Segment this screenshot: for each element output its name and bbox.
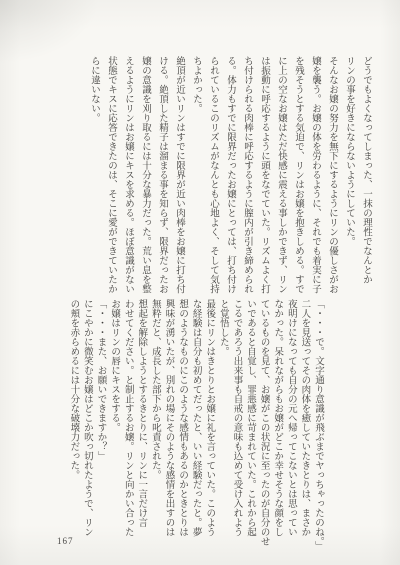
text-line: に上の空なお嬢はただ快感に震える事しかできず、リン: [272, 56, 289, 296]
text-line: は振動に呼応するように頭をなでていた。リズムよく打: [255, 56, 272, 296]
text-line: る。体力もすでに限界だったお嬢にとっては、打ち付け: [221, 56, 238, 296]
text-line: 夜明けになっても自分の元へ帰ってこないとは思ってい: [283, 299, 297, 541]
upper-text-block: どうでもよくなってしまった、一抹の理性でなんとかリンの事を好きにならないようにし…: [85, 56, 374, 296]
text-line: わせてください。と制止するお嬢。リンと向かい合った: [120, 299, 134, 541]
text-line: らに違いない。: [85, 56, 102, 296]
book-page: どうでもよくなってしまった、一抹の理性でなんとかリンの事を好きにならないようにし…: [0, 0, 400, 565]
text-line: の頬を赤らめるには十分な破壊力だった。: [66, 299, 80, 541]
text-line: 無粋だと、成長した部下から叱責された。: [147, 299, 161, 541]
text-line: と覚悟した。: [215, 299, 229, 541]
text-line: 嬢の意識を刈り取るには十分な暴力だった。荒い息を整: [136, 56, 153, 296]
text-line: こるであろう出来事も自戒の意味も込めて受け入れよう: [229, 299, 243, 541]
lower-text-block: 「・・・で。文字通り意識が飛ぶまでヤっちゃったのね。」二人を見送ってその肉体を癒…: [66, 299, 324, 541]
text-line: リンの事を好きにならないようにしていた。: [340, 56, 357, 296]
text-line: ているものを見て、お嬢がこの状況に至ったのが自分のせ: [256, 299, 270, 541]
text-line: 想のようなものにこのような感情もあるのかときとりは: [174, 299, 188, 541]
text-line: えるようにリンはお嬢にキスを求める。ほぼ意識がない: [119, 56, 136, 296]
text-line: 状態でキスに応答できたのは、そこに愛ができていたか: [102, 56, 119, 296]
text-line: 興味が湧いたが、別れの場にそのような感情を出すのは: [161, 299, 175, 541]
text-line: な経験は自分も初めてだったと、いい経験だったと。夢: [188, 299, 202, 541]
page-number: 167: [57, 536, 74, 546]
text-line: 二人を見送ってその肉体を癒していたきとりは、まさか: [297, 299, 311, 541]
text-line: お嬢はリンの唇にキスをする。: [107, 299, 121, 541]
text-line: 嬢を襲う。お嬢の体を労わるように、それでも着実に子: [306, 56, 323, 296]
text-line: にこやかに微笑むお嬢はどこか吹っ切れたようで、リン: [79, 299, 93, 541]
text-line: どうでもよくなってしまった、一抹の理性でなんとか: [357, 56, 374, 296]
text-line: を残そうとする気迫で、リンはお嬢を抱きしめる。すで: [289, 56, 306, 296]
text-line: なかった。呆れながらもお嬢がどこか幸せそうな顔をし: [270, 299, 284, 541]
text-line: そんなお嬢の努力を無下にするようにリンの優しさがお: [323, 56, 340, 296]
text-line: 想起を解除しようとするきとりに、リンに一言だけ言: [134, 299, 148, 541]
text-line: 「・・・また、お願いできますか？」: [93, 299, 107, 541]
text-line: 最後にリンはきとりとお嬢に礼を言っていた。このよう: [202, 299, 216, 541]
text-line: ちよかった。: [187, 56, 204, 296]
text-line: ける。絶頂した精子は溜まる事を知らず、限界だったお: [153, 56, 170, 296]
text-line: ち付けられる肉棒に呼応するように膣内が引き締められ: [238, 56, 255, 296]
text-line: いであると自覚し、罪悪感に苛まれていた。これから起: [242, 299, 256, 541]
text-line: 「・・・で。文字通り意識が飛ぶまでヤっちゃったのね。」: [310, 299, 324, 541]
text-line: られているこのリズムがなんとも心地よく、そして気持: [204, 56, 221, 296]
text-line: 絶頂が近いリンはすでに限界が近い肉棒をお嬢に打ち付: [170, 56, 187, 296]
